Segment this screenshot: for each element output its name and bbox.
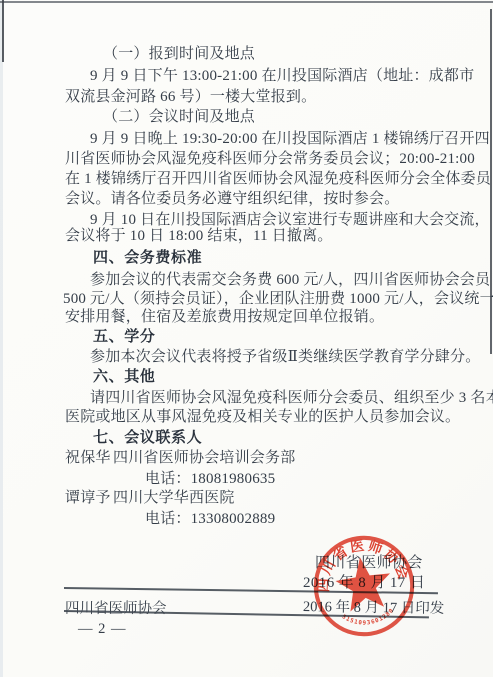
text-line: 500 元/人（须持会员证），企业团队注册费 1000 元/人，会议统一 xyxy=(63,291,493,308)
scanned-document-page: （一）报到时间及地点9 月 9 日下午 13:00-21:00 在川投国际酒店（… xyxy=(0,0,493,677)
text-line: 医院或地区从事风湿免疫及相关专业的医护人员参加会议。 xyxy=(65,409,460,426)
text-line: （二）会议时间及地点 xyxy=(103,109,255,126)
text-line: 9 月 9 日晚上 19:30-20:00 在川投国际酒店 1 楼锦绣厅召开四 xyxy=(90,131,490,148)
official-seal: 四川省医师协会 5151093601280 xyxy=(304,526,424,646)
text-line: 9 月 9 日下午 13:00-21:00 在川投国际酒店（地址：成都市 xyxy=(90,68,474,85)
page-number: — 2 — xyxy=(78,621,127,638)
text-line: 参加本次会议代表将授予省级Ⅱ类继续医学教育学分肆分。 xyxy=(90,349,480,366)
text-line: 请四川省医师协会风湿免疫科医师分会委员、组织至少 3 名本 xyxy=(90,390,493,407)
section-heading: 四、会务费标准 xyxy=(93,250,202,267)
text-line: 谭谆予 xyxy=(65,490,111,507)
scan-edge-shade xyxy=(0,0,3,677)
text-line: 9 月 10 日在川投国际酒店会议室进行专题讲座和大会交流， xyxy=(90,212,490,229)
footer-issuer: 四川省医师协会 xyxy=(65,597,167,618)
text-line: 电话：18081980635 xyxy=(145,471,275,488)
text-line: 双流县金河路 66 号）一楼大堂报到。 xyxy=(65,89,316,106)
text-line: 川省医师协会风湿免疫科医师分会常务委员会议；20:00-21:00 xyxy=(65,151,475,168)
text-line: 四川大学华西医院 xyxy=(113,490,235,507)
section-heading: 六、其他 xyxy=(93,369,155,386)
section-heading: 七、会议联系人 xyxy=(93,430,202,447)
text-line: 祝保华 xyxy=(65,450,111,467)
text-line: 四川省医师协会培训会务部 xyxy=(113,450,295,467)
text-line: 电话：13308002889 xyxy=(145,511,275,528)
text-line: 参加会议的代表需交会务费 600 元/人，四川省医师协会会员 xyxy=(90,272,490,289)
text-line: 会议。请各位委员务必遵守组织纪律，按时参会。 xyxy=(65,191,399,208)
text-line: 在 1 楼锦绣厅召开四川省医师协会风湿免疫科医师分会全体委员 xyxy=(65,171,491,188)
text-line: 会议将于 10 日 18:00 结束，11 日撤离。 xyxy=(65,228,333,245)
scan-border-left xyxy=(2,0,4,62)
scan-border-top xyxy=(0,1,493,3)
section-heading: 五、学分 xyxy=(93,329,155,346)
text-line: 安排用餐，住宿及差旅费用按规定回单位报销。 xyxy=(65,309,384,326)
text-line: （一）报到时间及地点 xyxy=(103,46,255,63)
